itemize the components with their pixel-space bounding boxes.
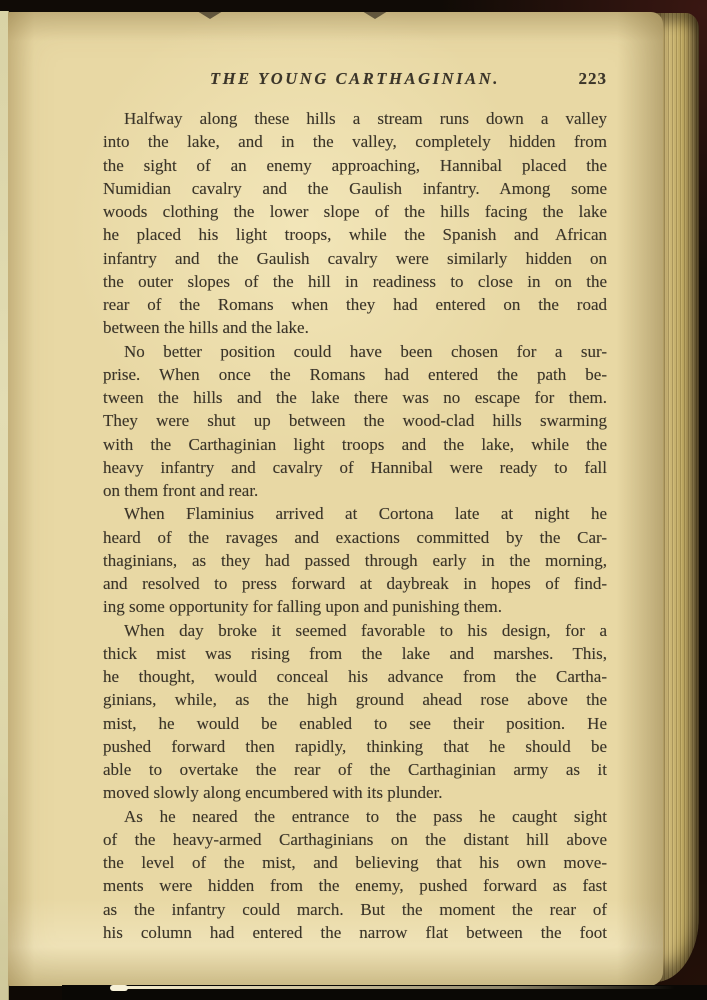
paragraph: No better position could have been chose… <box>103 340 607 503</box>
text-line: thick mist was rising from the lake and … <box>103 642 607 665</box>
page-bottom-edge-highlight <box>115 986 675 989</box>
text-line: moved slowly along encumbered with its p… <box>103 781 607 804</box>
text-line: the outer slopes of the hill in readines… <box>103 270 607 293</box>
text-line: They were shut up between the wood-clad … <box>103 409 607 432</box>
text-line: ginians, while, as the high ground ahead… <box>103 688 607 711</box>
text-line: thaginians, as they had passed through e… <box>103 549 607 572</box>
text-line: able to overtake the rear of the Carthag… <box>103 758 607 781</box>
text-line: ments were hidden from the enemy, pushed… <box>103 874 607 897</box>
text-line: Numidian cavalry and the Gaulish infantr… <box>103 177 607 200</box>
text-line: heard of the ravages and exactions commi… <box>103 526 607 549</box>
text-line: of the heavy-armed Carthaginians on the … <box>103 828 607 851</box>
text-line: As he neared the entrance to the pass he… <box>103 805 607 828</box>
text-line: he thought, would conceal his advance fr… <box>103 665 607 688</box>
page-number: 223 <box>579 69 608 89</box>
text-line: on them front and rear. <box>103 479 607 502</box>
text-line: into the lake, and in the valley, comple… <box>103 130 607 153</box>
top-clip-shadow <box>362 11 388 19</box>
text-line: Halfway along these hills a stream runs … <box>103 107 607 130</box>
paragraph: When Flaminius arrived at Cortona late a… <box>103 502 607 618</box>
text-line: he placed his light troops, while the Sp… <box>103 223 607 246</box>
text-line: with the Carthaginian light troops and t… <box>103 433 607 456</box>
paragraph: As he neared the entrance to the pass he… <box>103 805 607 945</box>
text-line: between the hills and the lake. <box>103 316 607 339</box>
page-text: Halfway along these hills a stream runs … <box>103 107 607 944</box>
text-line: rear of the Romans when they had entered… <box>103 293 607 316</box>
text-line: the level of the mist, and believing tha… <box>103 851 607 874</box>
text-line: No better position could have been chose… <box>103 340 607 363</box>
text-line: woods clothing the lower slope of the hi… <box>103 200 607 223</box>
bottom-dark-band <box>62 985 707 1000</box>
running-header: THE YOUNG CARTHAGINIAN. 223 <box>103 69 607 89</box>
text-line: prise. When once the Romans had entered … <box>103 363 607 386</box>
text-line: and resolved to press forward at daybrea… <box>103 572 607 595</box>
top-clip-shadow <box>197 11 223 19</box>
text-line: When day broke it seemed favorable to hi… <box>103 619 607 642</box>
book-page: THE YOUNG CARTHAGINIAN. 223 Halfway alon… <box>8 12 663 986</box>
text-line: as the infantry could march. But the mom… <box>103 898 607 921</box>
text-line: heavy infantry and cavalry of Hannibal w… <box>103 456 607 479</box>
page-bottom-edge-glint <box>110 985 128 991</box>
text-line: his column had entered the narrow flat b… <box>103 921 607 944</box>
text-line: infantry and the Gaulish cavalry were si… <box>103 247 607 270</box>
paragraph: Halfway along these hills a stream runs … <box>103 107 607 340</box>
paragraph: When day broke it seemed favorable to hi… <box>103 619 607 805</box>
text-line: pushed forward then rapidly, thinking th… <box>103 735 607 758</box>
text-line: the sight of an enemy approaching, Hanni… <box>103 154 607 177</box>
text-line: tween the hills and the lake there was n… <box>103 386 607 409</box>
text-line: When Flaminius arrived at Cortona late a… <box>103 502 607 525</box>
running-header-title: THE YOUNG CARTHAGINIAN. <box>210 69 500 88</box>
text-line: ing some opportunity for falling upon an… <box>103 595 607 618</box>
text-line: mist, he would be enabled to see their p… <box>103 712 607 735</box>
